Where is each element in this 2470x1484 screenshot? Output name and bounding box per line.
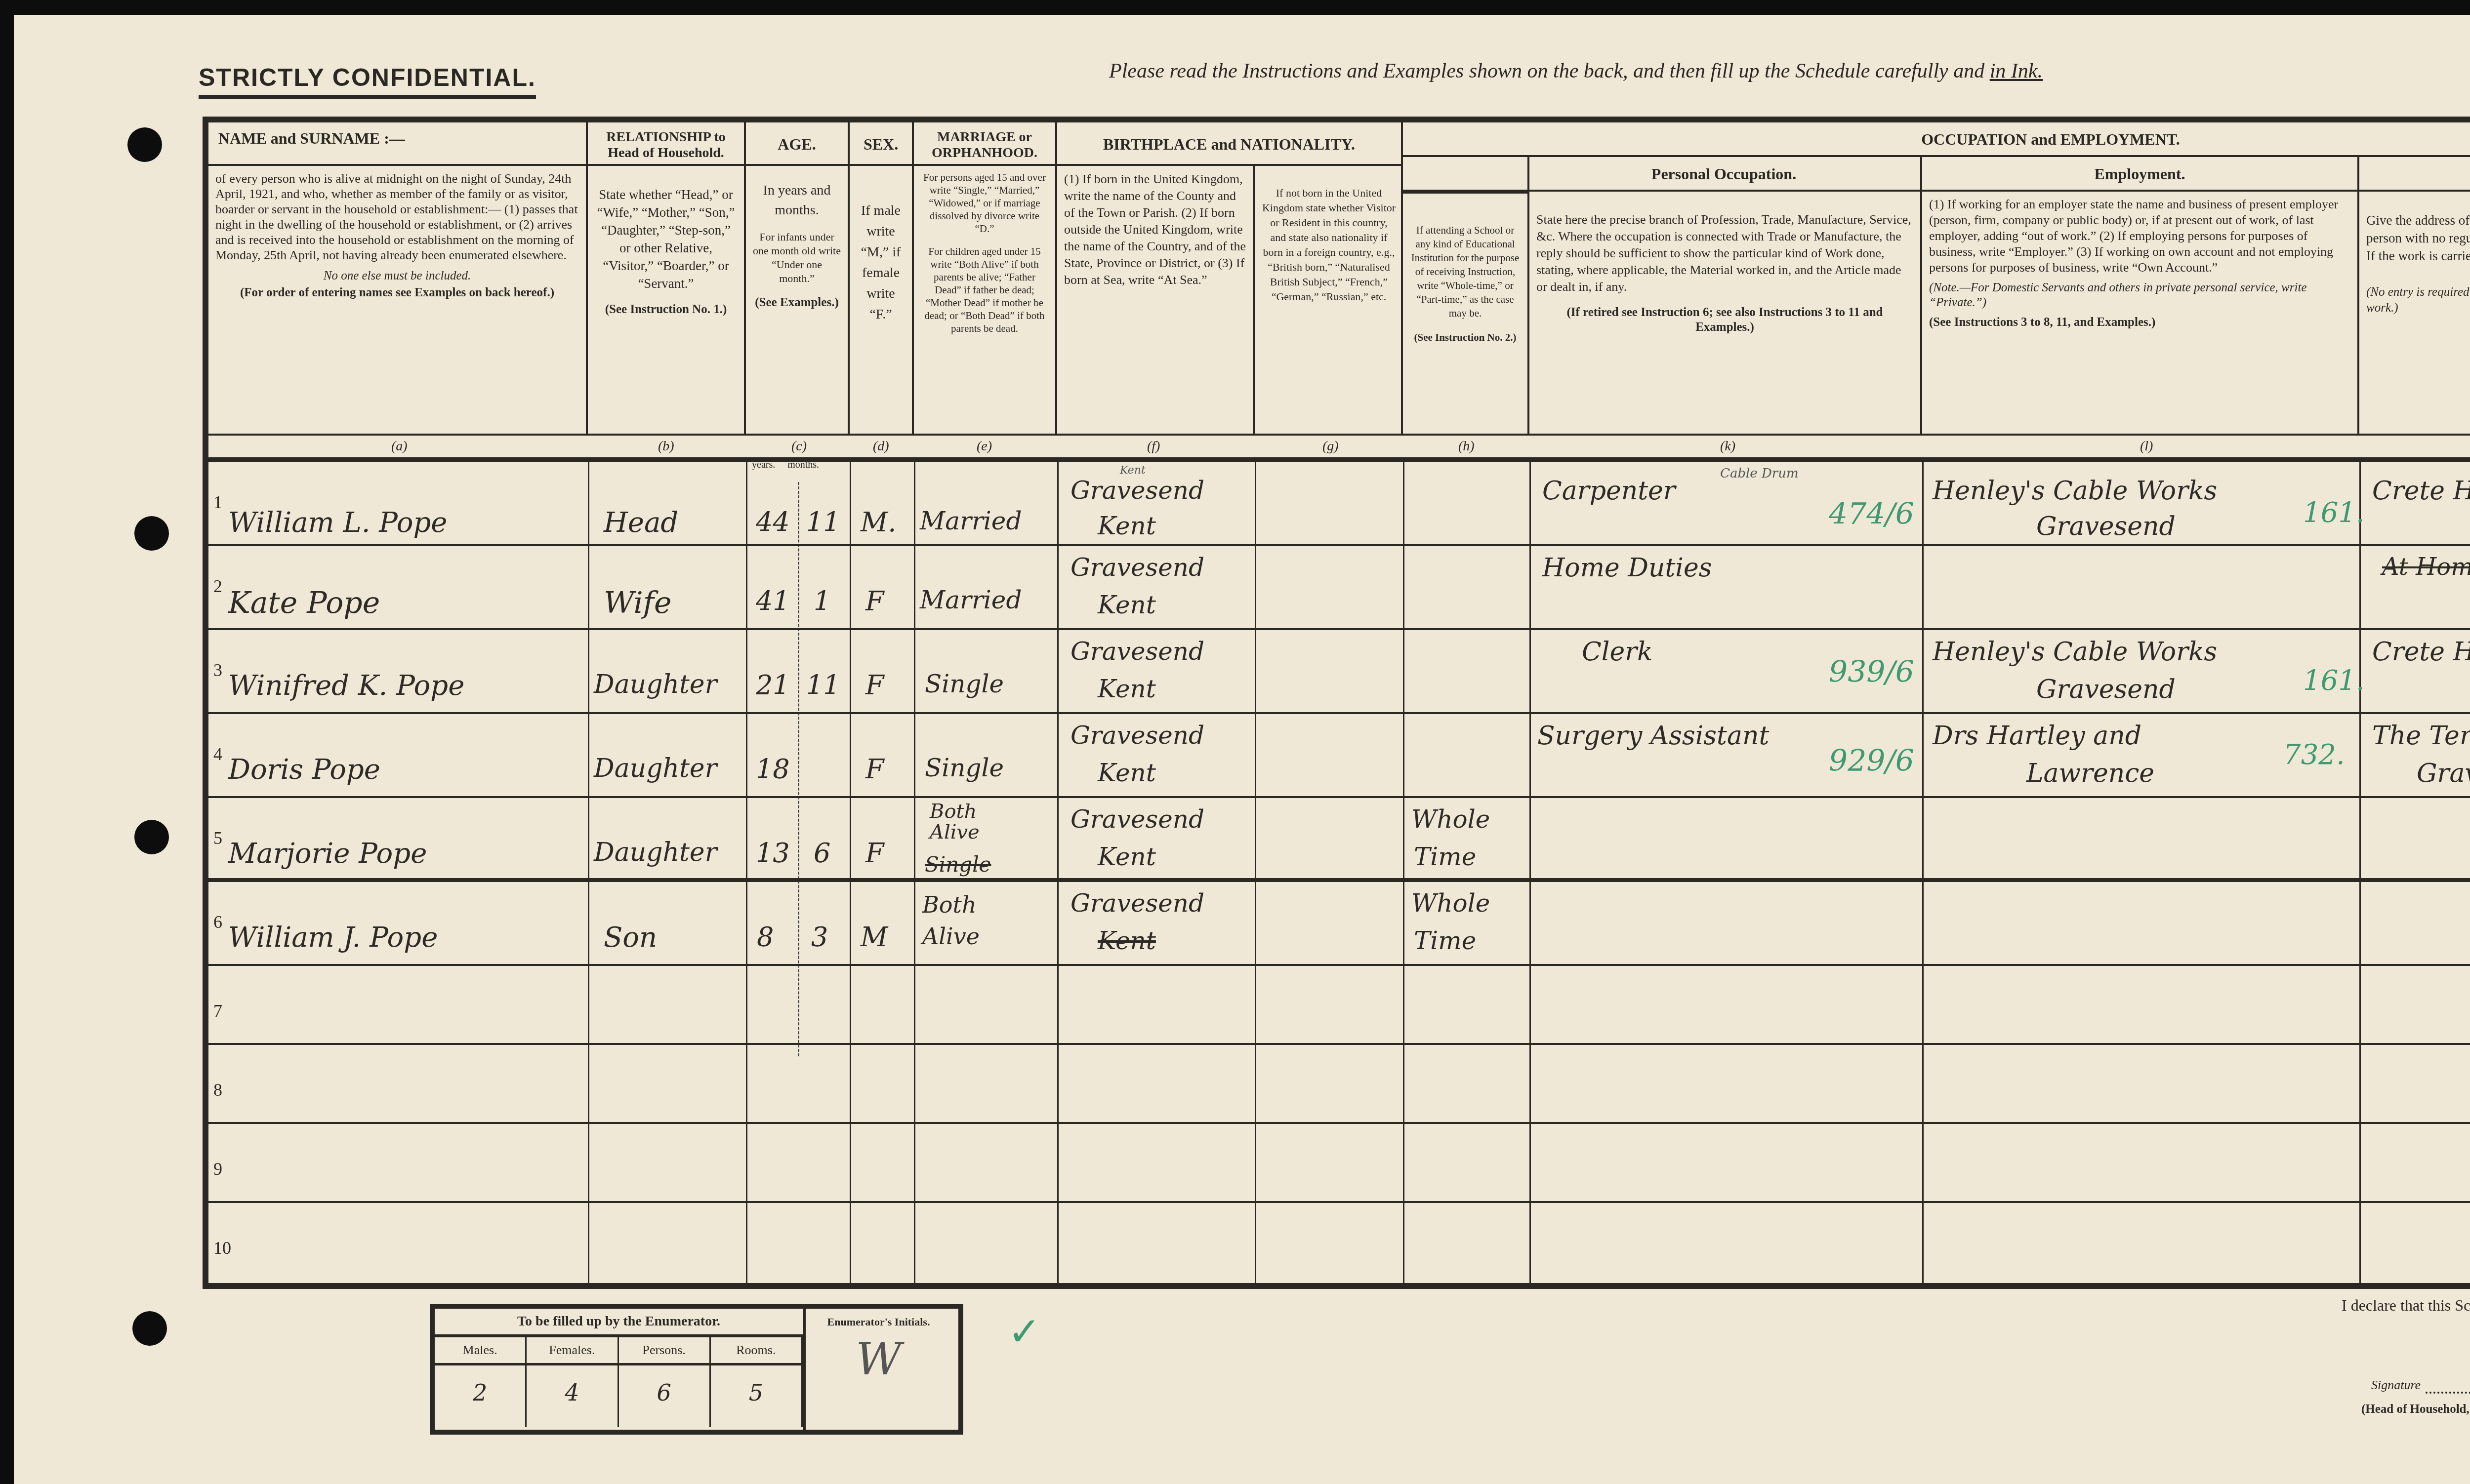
col-letter-g: (g) — [1322, 439, 1339, 454]
header-col-school: If attending a School or any kind of Edu… — [1403, 157, 1529, 434]
header-col-nationality: If not born in the United Kingdom state … — [1255, 166, 1403, 434]
header-place-of-work: Place of Work. — [2359, 157, 2470, 192]
col-letter-d: (d) — [873, 439, 889, 454]
header-col-sex: SEX. If male write “M,” if female write … — [850, 122, 914, 434]
col-letter-c: (c) — [791, 439, 807, 454]
males-label: Males. — [435, 1337, 527, 1363]
header-employment-note2: (See Instructions 3 to 8, 11, and Exampl… — [1922, 315, 2357, 335]
table-row: 7 Under One Age last birthday. 123456789… — [208, 966, 2470, 1045]
col-letter-a: (a) — [391, 439, 408, 454]
enumerator-initials-value: W — [806, 1333, 951, 1385]
age-grid: Under One Age last birthday. 12345678910… — [208, 966, 2470, 1043]
age-grid: Under One Age last birthday. X 123456789… — [208, 882, 2470, 964]
instructions-text: Please read the Instructions and Example… — [1109, 60, 1990, 82]
rooms-label: Rooms. — [711, 1337, 803, 1363]
header-marriage-text: For persons aged 15 and over write “Sing… — [914, 166, 1055, 240]
signature-note: (Head of Household, Manager of Establish… — [2361, 1403, 2470, 1416]
signature-label: Signature — [2371, 1378, 2421, 1393]
persons-count: 6 — [619, 1365, 711, 1427]
enumerator-box-values: 2 4 6 5 — [435, 1365, 803, 1427]
table-row: 8 Under One Age last birthday. 123456789… — [208, 1045, 2470, 1124]
enumerator-box-title: To be filled up by the Enumerator. — [435, 1309, 803, 1337]
in-ink-text: in Ink. — [1990, 60, 2043, 82]
header-personal-occupation-text: State here the precise branch of Profess… — [1529, 192, 1920, 300]
table-row: 1 William L. Pope Head 44 11 M. Married … — [208, 462, 2470, 546]
header-col-name: NAME and SURNAME :— of every person who … — [208, 122, 588, 434]
age-grid: Under One Age last birthday. 12345678910… — [208, 714, 2470, 796]
signature-line — [2426, 1392, 2470, 1394]
header-school-text: If attending a School or any kind of Edu… — [1403, 194, 1527, 325]
header-personal-occupation: Personal Occupation. — [1403, 157, 1920, 192]
col-letter-f: (f) — [1147, 439, 1160, 454]
punch-hole — [127, 127, 162, 162]
header-name-note2: (For order of entering names see Example… — [208, 284, 586, 301]
punch-hole — [134, 820, 169, 854]
males-count: 2 — [435, 1365, 527, 1427]
header-personal-occupation-note: (If retired see Instruction 6; see also … — [1529, 300, 1920, 340]
header-marriage-note: For children aged under 15 write “Both A… — [914, 240, 1055, 340]
confidential-heading: STRICTLY CONFIDENTIAL. — [199, 63, 536, 99]
table-row: 5 Marjorie Pope Daughter 13 6 F Both Ali… — [208, 798, 2470, 882]
age-grid: Under One Age last birthday. 12345678910… — [208, 1045, 2470, 1122]
table-row: 3 Winifred K. Pope Daughter 21 11 F Sing… — [208, 630, 2470, 714]
table-row: 9 Under One Age last birthday. 123456789… — [208, 1124, 2470, 1203]
col-letter-k: (k) — [1720, 439, 1735, 454]
persons-label: Persons. — [619, 1337, 711, 1363]
header-sex-text: If male write “M,” if female write “F.” — [850, 166, 912, 330]
col-letter-e: (e) — [977, 439, 992, 454]
age-grid: Under One Age last birthday. 12345678910… — [208, 630, 2470, 712]
punch-hole — [134, 516, 169, 551]
header-employment: Employment. — [1922, 157, 2357, 192]
header-relationship-text: State whether “Head,” or “Wife,” “Mother… — [588, 166, 744, 297]
header-col-place-of-work: Place of Work. Give the address of each … — [2359, 157, 2470, 434]
header-relationship-note: (See Instruction No. 1.) — [588, 297, 744, 322]
header-employment-note: (Note.—For Domestic Servants and others … — [1922, 281, 2357, 315]
header-name: NAME and SURNAME :— — [208, 122, 586, 166]
header-place-of-work-note: (No entry is required for any person who… — [2359, 270, 2470, 321]
header-school-note: (See Instruction No. 2.) — [1403, 325, 1527, 350]
age-grid: Under One Age last birthday. 12345678910… — [208, 546, 2470, 628]
header-col-marriage: MARRIAGE or ORPHANHOOD. For persons aged… — [914, 122, 1057, 434]
header-place-of-work-text: Give the address of each person’s place … — [2359, 192, 2470, 270]
col-letter-l: (l) — [2140, 439, 2153, 454]
header-birthplace: BIRTHPLACE and NATIONALITY. — [1057, 122, 1401, 166]
header-birthplace-text: (1) If born in the United Kingdom, write… — [1057, 166, 1253, 293]
age-grid: Under One Age last birthday. 12345678910… — [208, 1203, 2470, 1283]
header-name-text: of every person who is alive at midnight… — [208, 166, 586, 268]
punch-hole — [132, 1311, 167, 1346]
green-check-mark: ✓ — [1008, 1309, 1041, 1355]
table-row: 10 Under One Age last birthday. 12345678… — [208, 1203, 2470, 1283]
header-col-occupation: OCCUPATION and EMPLOYMENT. If attending … — [1403, 122, 2470, 434]
rooms-count: 5 — [711, 1365, 803, 1427]
col-letter-h: (h) — [1458, 439, 1475, 454]
header-nationality-text: If not born in the United Kingdom state … — [1255, 166, 1403, 309]
header-name-note: No one else must be included. — [208, 268, 586, 284]
household-table: NAME and SURNAME :— of every person who … — [203, 117, 2470, 1289]
header-occupation: OCCUPATION and EMPLOYMENT. — [1403, 122, 2470, 157]
header-col-employment: Employment. (1) If working for an employ… — [1922, 157, 2359, 434]
table-row: 2 Kate Pope Wife 41 1 F Married Gravesen… — [208, 546, 2470, 630]
enumerator-initials: Enumerator's Initials. W — [803, 1309, 951, 1430]
header-sex: SEX. — [850, 122, 912, 166]
header-age-text: In years and months. — [746, 166, 848, 225]
instructions-line: Please read the Instructions and Example… — [1109, 59, 2043, 83]
header-age-note2: (See Examples.) — [746, 290, 848, 315]
age-grid: Under One Age last birthday. x x 1234567… — [208, 462, 2470, 544]
females-label: Females. — [527, 1337, 618, 1363]
females-count: 4 — [527, 1365, 618, 1427]
header-col-personal-occupation: Personal Occupation. State here the prec… — [1529, 157, 1922, 434]
header-marriage: MARRIAGE or ORPHANHOOD. — [914, 122, 1055, 166]
table-row: 6 William J. Pope Son 8 3 M Both Alive G… — [208, 882, 2470, 966]
enumerator-box-headers: Males. Females. Persons. Rooms. — [435, 1337, 803, 1365]
header-employment-text: (1) If working for an employer state the… — [1922, 192, 2357, 281]
table-body: years. months. 1 William L. Pope Head 44… — [208, 462, 2470, 1283]
header-col-birthplace: BIRTHPLACE and NATIONALITY. (1) If born … — [1057, 122, 1403, 434]
enumerator-initials-label: Enumerator's Initials. — [806, 1309, 951, 1328]
header-age: AGE. — [746, 122, 848, 166]
header-relationship: RELATIONSHIP to Head of Household. — [588, 122, 744, 166]
column-letter-row: (a) (b) (c) (d) (e) (f) (g) (h) (k) (l) … — [208, 434, 2470, 462]
enumerator-totals-box: To be filled up by the Enumerator. Males… — [430, 1304, 963, 1435]
header-col-relationship: RELATIONSHIP to Head of Household. State… — [588, 122, 746, 434]
age-grid: Under One Age last birthday. X 123456789… — [208, 798, 2470, 878]
header-col-birthplace-f: (1) If born in the United Kingdom, write… — [1057, 166, 1255, 434]
table-header: NAME and SURNAME :— of every person who … — [208, 122, 2470, 434]
table-row: 4 Doris Pope Daughter 18 F Single Graves… — [208, 714, 2470, 798]
declaration-text: I declare that this Schedule is correctl… — [2342, 1296, 2470, 1315]
age-grid: Under One Age last birthday. 12345678910… — [208, 1124, 2470, 1201]
col-letter-b: (b) — [658, 439, 674, 454]
header-age-note: For infants under one month old write “U… — [746, 225, 848, 290]
header-col-age: AGE. In years and months. For infants un… — [746, 122, 850, 434]
